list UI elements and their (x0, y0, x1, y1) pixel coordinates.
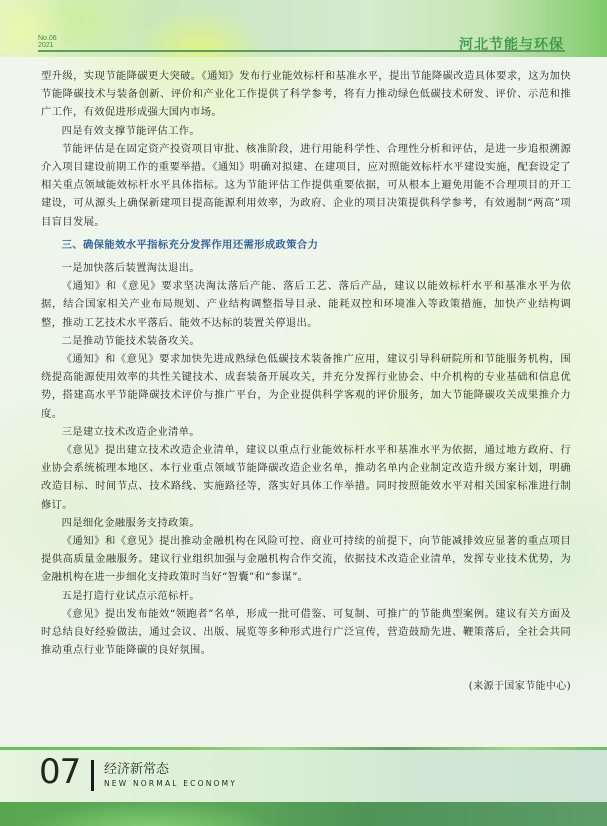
footer-decoration (0, 802, 607, 826)
issue-info: No.06 2021 (38, 35, 57, 49)
issue-number: No.06 (38, 35, 57, 42)
subheading-1: 一是加快落后装置淘汰退出。 (41, 259, 571, 277)
subheading-2: 二是推动节能技术装备攻关。 (41, 332, 571, 350)
article-body: 型升级，实现节能降碳更大突破。《通知》发布行业能效标杆和基准水平，提出节能降碳改… (41, 67, 571, 660)
subheading-3: 三是建立技术改造企业清单。 (41, 423, 571, 441)
section-title-en: NEW NORMAL ECONOMY (104, 779, 237, 788)
subheading-5: 五是打造行业试点示范标杆。 (41, 587, 571, 605)
issue-year: 2021 (38, 42, 57, 49)
paragraph: 《通知》和《意见》提出推动金融机构在风险可控、商业可持续的前提下，向节能减排效应… (41, 532, 571, 587)
source-attribution: (来源于国家节能中心) (469, 677, 571, 692)
page-number: 07 (39, 753, 80, 791)
page-header: No.06 2021 河北节能与环保 (0, 0, 607, 57)
paragraph: 《意见》提出建立技术改造企业清单，建议以重点行业能效标杆水平和基准水平为依据，通… (41, 441, 571, 514)
subheading-4b: 四是细化金融服务支持政策。 (41, 514, 571, 532)
section-title-cn: 经济新常态 (104, 758, 169, 777)
paragraph: 节能评估是在固定资产投资项目审批、核准阶段，进行用能科学性、合理性分析和评估，是… (41, 140, 571, 231)
header-divider (38, 50, 565, 52)
paragraph: 《通知》和《意见》要求加快先进成熟绿色低碳技术装备推广应用，建议引导科研院所和节… (41, 350, 571, 423)
section-heading: 三、确保能效水平指标充分发挥作用还需形成政策合力 (41, 236, 571, 254)
footer-separator-bar (91, 760, 94, 791)
paragraph: 《通知》和《意见》要求坚决淘汰落后产能、落后工艺、落后产品，建议以能效标杆水平和… (41, 277, 571, 332)
paragraph: 《意见》提出发布能效“领跑者”名单，形成一批可借鉴、可复制、可推广的节能典型案例… (41, 605, 571, 660)
paragraph-continuation: 型升级，实现节能降碳更大突破。《通知》发布行业能效标杆和基准水平，提出节能降碳改… (41, 67, 571, 122)
magazine-page: No.06 2021 河北节能与环保 型升级，实现节能降碳更大突破。《通知》发布… (0, 0, 607, 826)
subheading-4: 四是有效支撑节能评估工作。 (41, 122, 571, 140)
